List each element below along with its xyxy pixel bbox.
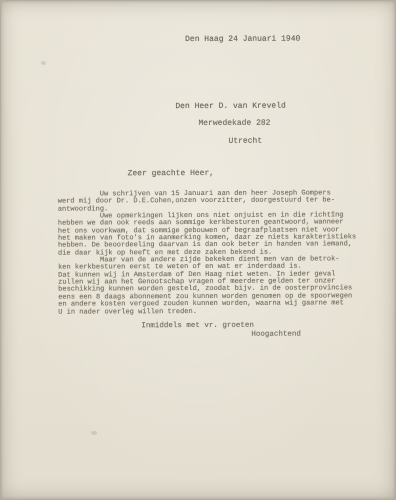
recipient-city: Utrecht — [229, 137, 263, 146]
letter-body: Uw schrijven van 15 Januari aan den heer… — [58, 190, 369, 316]
recipient-street: Merwedekade 282 — [198, 119, 270, 128]
letter-content: Den Haag 24 Januari 1940 Den Heer D. van… — [0, 0, 396, 500]
closing-line: Inmiddels met vr. groeten — [141, 322, 254, 330]
recipient-name: Den Heer D. van Kreveld — [175, 102, 285, 111]
salutation: Zeer geachte Heer, — [128, 169, 214, 178]
letter-page: Den Haag 24 Januari 1940 Den Heer D. van… — [1, 1, 395, 499]
date-line: Den Haag 24 Januari 1940 — [185, 35, 300, 45]
body-line: U in nader overleg willen treden. — [58, 308, 368, 317]
signature-line: Hoogachtend — [251, 331, 301, 339]
